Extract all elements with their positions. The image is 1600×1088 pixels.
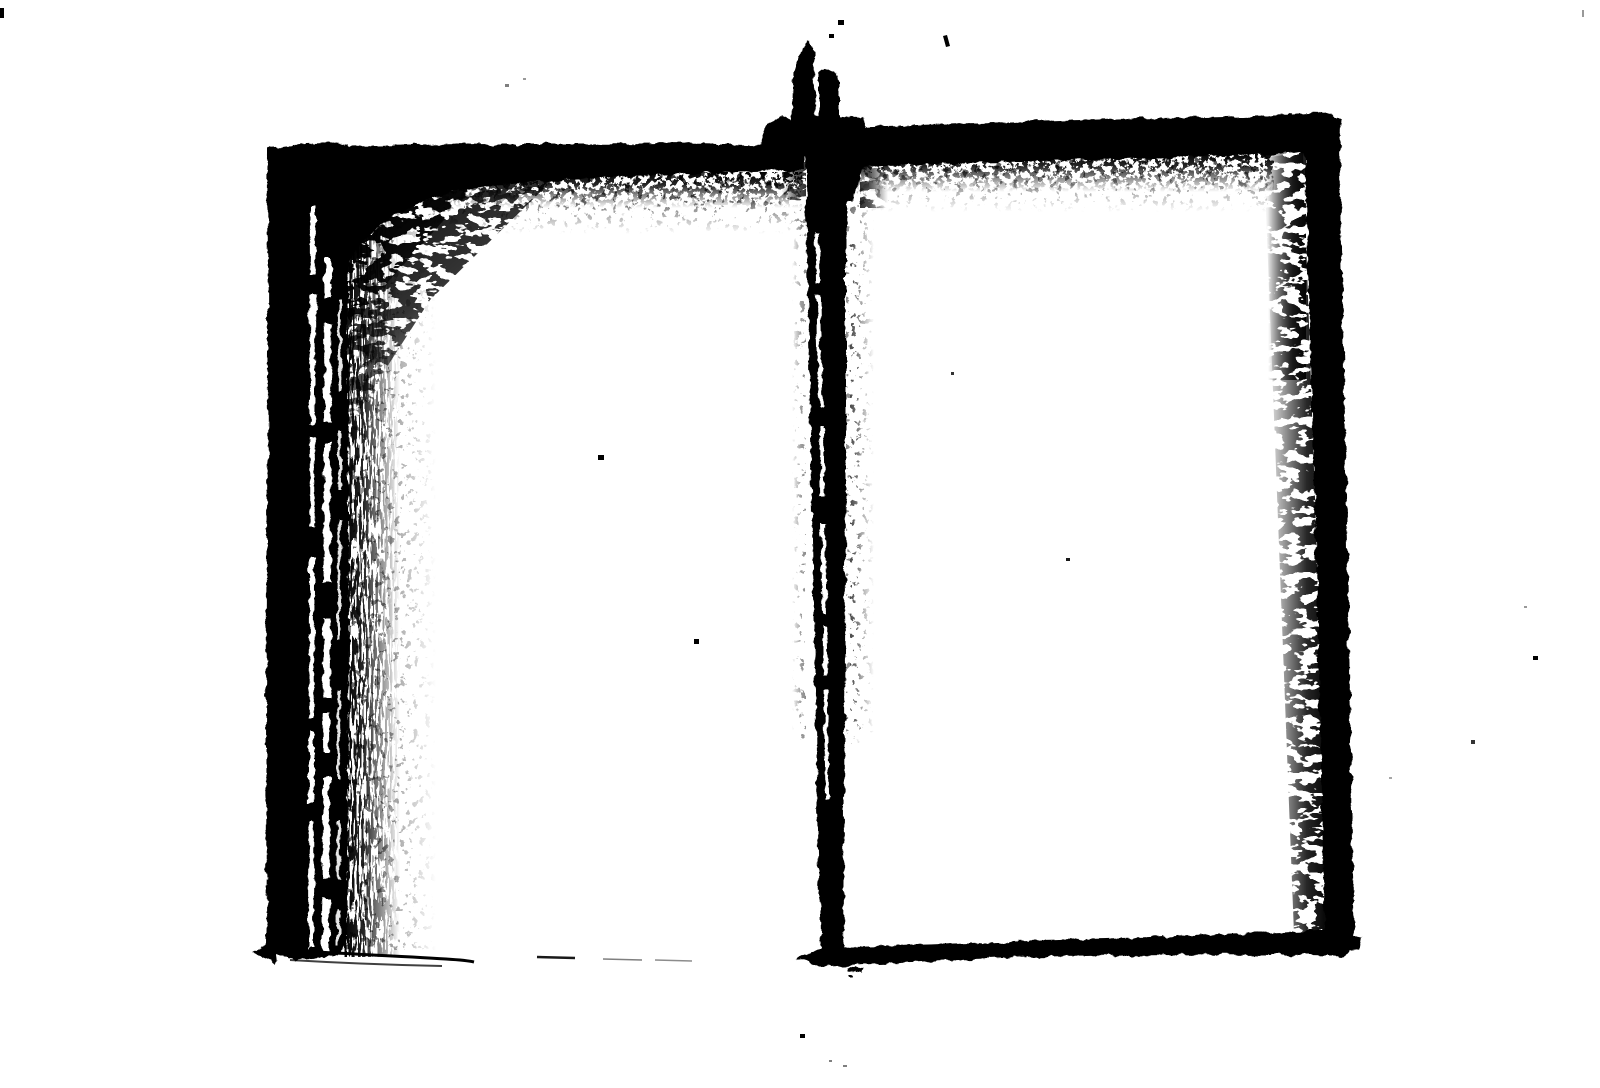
ink-speck: [1389, 777, 1392, 779]
spine-right-flank-speckle: [846, 215, 861, 745]
ink-speck: [1066, 558, 1070, 561]
right-bar-inner-grunge-top: [1268, 150, 1306, 380]
ink-speck: [829, 34, 834, 38]
spine-bottom-dot: [848, 975, 853, 979]
bottom-hairline-dash-3: [655, 960, 692, 961]
ink-speck: [838, 20, 844, 25]
bottom-hairline-dash-2: [603, 959, 642, 960]
spine-funnel-left-grunge: [782, 148, 806, 200]
ink-speck: [800, 1034, 805, 1038]
ink-speck: [1524, 606, 1527, 608]
scanned-open-book-image: [0, 0, 1600, 1088]
ink-speck: [505, 84, 509, 87]
white-streak-1: [311, 205, 313, 948]
bottom-hairline-dash-1: [537, 957, 575, 958]
ink-speck: [598, 455, 604, 460]
ink-speck: [694, 639, 699, 644]
ink-speck: [951, 372, 954, 375]
ink-speck: [523, 78, 526, 80]
ink-speck: [843, 1065, 847, 1067]
spine-left-flank-speckle: [792, 215, 806, 745]
book-scan-canvas: [0, 0, 1600, 1088]
ink-speck: [1582, 10, 1584, 17]
ink-speck: [829, 1060, 832, 1062]
ink-speck: [1471, 740, 1475, 744]
right-top-fringe-outer: [846, 152, 1270, 212]
ink-speck: [1533, 656, 1538, 660]
ink-speck: [0, 8, 4, 18]
spine-funnel-right-grunge: [860, 150, 888, 208]
